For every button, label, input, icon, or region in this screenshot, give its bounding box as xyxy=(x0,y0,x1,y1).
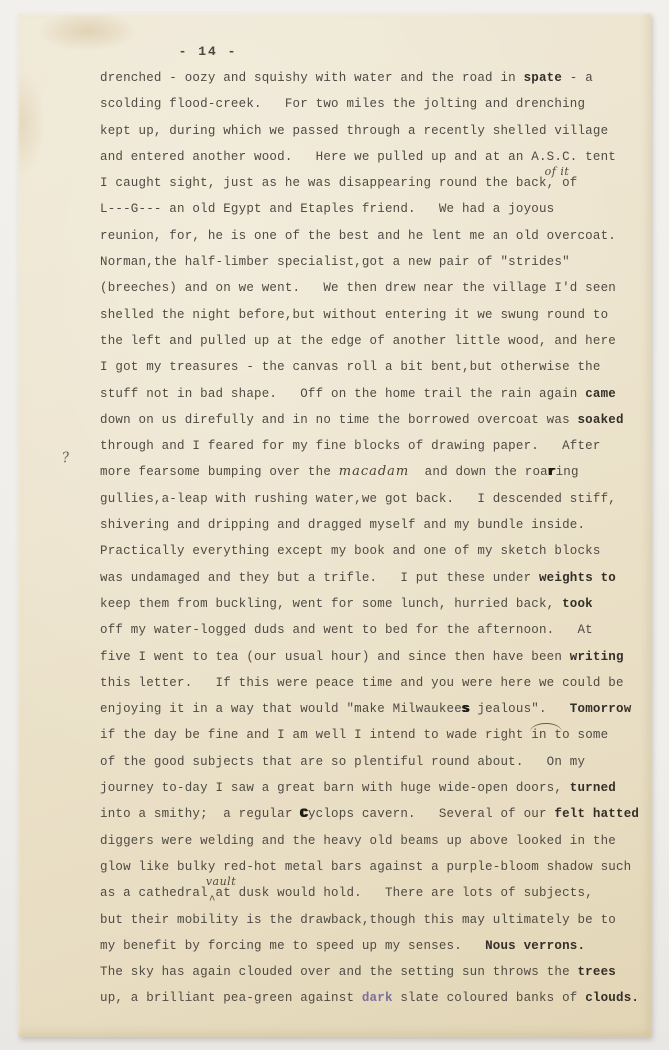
typed-segment: jealous". xyxy=(470,702,570,716)
typed-line: into a smithy; a regular Cyclops cavern.… xyxy=(100,801,640,827)
overstruck-character: C xyxy=(300,807,308,821)
typed-line: five I went to tea (our usual hour) and … xyxy=(100,644,640,670)
typed-line: shivering and dripping and dragged mysel… xyxy=(100,512,640,538)
typed-segment: and entered another wood. Here we pulled… xyxy=(100,150,616,164)
typed-segment: glow like bulky red-hot metal bars again… xyxy=(100,860,631,874)
typed-line: (breeches) and on we went. We then drew … xyxy=(100,275,640,301)
typed-segment: stuff not in bad shape. Off on the home … xyxy=(100,387,585,401)
overstruck-character: r xyxy=(548,465,556,479)
typed-segment: and down the roa xyxy=(409,465,548,479)
typed-segment: (breeches) and on we went. We then drew … xyxy=(100,281,616,295)
typed-segment: L---G--- an old Egypt and Etaples friend… xyxy=(100,202,554,216)
typed-line: reunion, for, he is one of the best and … xyxy=(100,223,640,249)
typed-segment: Practically everything except my book an… xyxy=(100,544,601,558)
typed-segment: my benefit by forcing me to speed up my … xyxy=(100,939,485,953)
typed-segment: up, a brilliant pea-green against xyxy=(100,991,362,1005)
typed-segment: came xyxy=(585,387,616,401)
typed-segment: diggers were welding and the heavy old b… xyxy=(100,834,616,848)
typed-segment: took xyxy=(562,597,593,611)
typed-line: L---G--- an old Egypt and Etaples friend… xyxy=(100,196,640,222)
typed-segment: at dusk would hold. There are lots of su… xyxy=(208,886,593,900)
typed-segment: felt hatted xyxy=(554,807,639,821)
typed-line: Norman,the half-limber specialist,got a … xyxy=(100,249,640,275)
typed-segment: through and I feared for my fine blocks … xyxy=(100,439,601,453)
typed-line: but their mobility is the drawback,thoug… xyxy=(100,907,640,933)
typed-line: journey to-day I saw a great barn with h… xyxy=(100,775,640,801)
typed-line: enjoying it in a way that would "make Mi… xyxy=(100,696,640,722)
typed-segment: clouds. xyxy=(585,991,639,1005)
overstruck-character: s xyxy=(462,702,470,716)
typed-segment: this letter. If this were peace time and… xyxy=(100,676,624,690)
typed-segment: yclops cavern. Several of our xyxy=(308,807,554,821)
letter-page: - 14 - ? drenched - oozy and squishy wit… xyxy=(18,13,651,1037)
typed-segment: drenched - oozy and squishy with water a… xyxy=(100,71,524,85)
tie-marked-word: in xyxy=(531,728,546,742)
typed-segment: trees xyxy=(577,965,616,979)
typed-segment: scolding flood-creek. For two miles the … xyxy=(100,97,585,111)
typed-segment: five I went to tea (our usual hour) and … xyxy=(100,650,570,664)
typed-line: down on us direfully and in no time the … xyxy=(100,407,640,433)
typed-segment: journey to-day I saw a great barn with h… xyxy=(100,781,570,795)
typed-segment: Nous verrons. xyxy=(485,939,585,953)
typed-line: stuff not in bad shape. Off on the home … xyxy=(100,381,640,407)
typed-line: glow like bulky red-hot metal bars again… xyxy=(100,854,640,880)
typed-segment: the left and pulled up at the edge of an… xyxy=(100,334,616,348)
margin-question-mark: ? xyxy=(61,450,71,467)
typed-segment: weights to xyxy=(539,571,616,585)
typed-segment: kept up, during which we passed through … xyxy=(100,124,608,138)
typed-line: was undamaged and they but a trifle. I p… xyxy=(100,565,640,591)
typed-segment: of the good subjects that are so plentif… xyxy=(100,755,585,769)
typed-segment: shelled the night before,but without ent… xyxy=(100,308,608,322)
typed-line: keep them from buckling, went for some l… xyxy=(100,591,640,617)
typed-line: the left and pulled up at the edge of an… xyxy=(100,328,640,354)
typed-segment: as a cathedral xyxy=(100,886,208,900)
typed-segment: reunion, for, he is one of the best and … xyxy=(100,229,616,243)
typed-line: more fearsome bumping over the macadam a… xyxy=(100,459,640,485)
typed-segment: was undamaged and they but a trifle. I p… xyxy=(100,571,539,585)
typed-line: The sky has again clouded over and the s… xyxy=(100,959,640,985)
typed-segment: but their mobility is the drawback,thoug… xyxy=(100,913,616,927)
typed-segment: Tomorrow xyxy=(570,702,632,716)
typed-segment: gullies,a-leap with rushing water,we got… xyxy=(100,492,616,506)
typed-segment: enjoying it in a way that would "make Mi… xyxy=(100,702,462,716)
typed-line: if the day be fine and I am well I inten… xyxy=(100,722,640,748)
typed-segment: - a xyxy=(562,71,593,85)
typed-text: drenched - oozy and squishy with water a… xyxy=(100,65,640,1012)
typed-segment: I got my treasures - the canvas roll a b… xyxy=(100,360,601,374)
typed-segment: I caught sight, just as he was disappear… xyxy=(100,176,547,190)
typed-segment: down on us direfully and in no time the … xyxy=(100,413,577,427)
typed-line: as a cathedralvault^ at dusk would hold.… xyxy=(100,880,640,906)
typed-segment: soaked xyxy=(577,413,623,427)
typed-segment: writing xyxy=(570,650,624,664)
typed-segment: ing xyxy=(556,465,579,479)
scanned-letter-screenshot: { "document": { "page_number": "- 14 -",… xyxy=(0,0,669,1050)
typed-line: through and I feared for my fine blocks … xyxy=(100,433,640,459)
typed-line: of the good subjects that are so plentif… xyxy=(100,749,640,775)
typed-segment: into a smithy; a regular xyxy=(100,807,300,821)
typed-line: this letter. If this were peace time and… xyxy=(100,670,640,696)
typed-line: scolding flood-creek. For two miles the … xyxy=(100,91,640,117)
page-number: - 14 - xyxy=(18,44,398,59)
typed-segment: Norman,the half-limber specialist,got a … xyxy=(100,255,570,269)
typed-line: drenched - oozy and squishy with water a… xyxy=(100,65,640,91)
typed-segment: if the day be fine and I am well I inten… xyxy=(100,728,531,742)
typed-line: kept up, during which we passed through … xyxy=(100,118,640,144)
typed-segment: turned xyxy=(570,781,616,795)
typed-line: diggers were welding and the heavy old b… xyxy=(100,828,640,854)
typed-segment: , of xyxy=(547,176,578,190)
typed-line: I got my treasures - the canvas roll a b… xyxy=(100,354,640,380)
purple-ink-word: dark xyxy=(362,991,393,1005)
typed-line: Practically everything except my book an… xyxy=(100,538,640,564)
typed-segment: spate xyxy=(524,71,563,85)
typed-segment: shivering and dripping and dragged mysel… xyxy=(100,518,585,532)
typed-segment: slate coloured banks of xyxy=(393,991,586,1005)
typed-segment: keep them from buckling, went for some l… xyxy=(100,597,562,611)
typed-line: shelled the night before,but without ent… xyxy=(100,302,640,328)
typed-line: I caught sight, just as he was disappear… xyxy=(100,170,640,196)
handwritten-word: macadam xyxy=(339,464,410,479)
typed-line: off my water-logged duds and went to bed… xyxy=(100,617,640,643)
typed-segment: off my water-logged duds and went to bed… xyxy=(100,623,593,637)
typed-segment: more fearsome bumping over the xyxy=(100,465,339,479)
typed-line: my benefit by forcing me to speed up my … xyxy=(100,933,640,959)
typed-segment: The sky has again clouded over and the s… xyxy=(100,965,577,979)
typed-line: gullies,a-leap with rushing water,we got… xyxy=(100,486,640,512)
typed-line: up, a brilliant pea-green against dark s… xyxy=(100,985,640,1011)
